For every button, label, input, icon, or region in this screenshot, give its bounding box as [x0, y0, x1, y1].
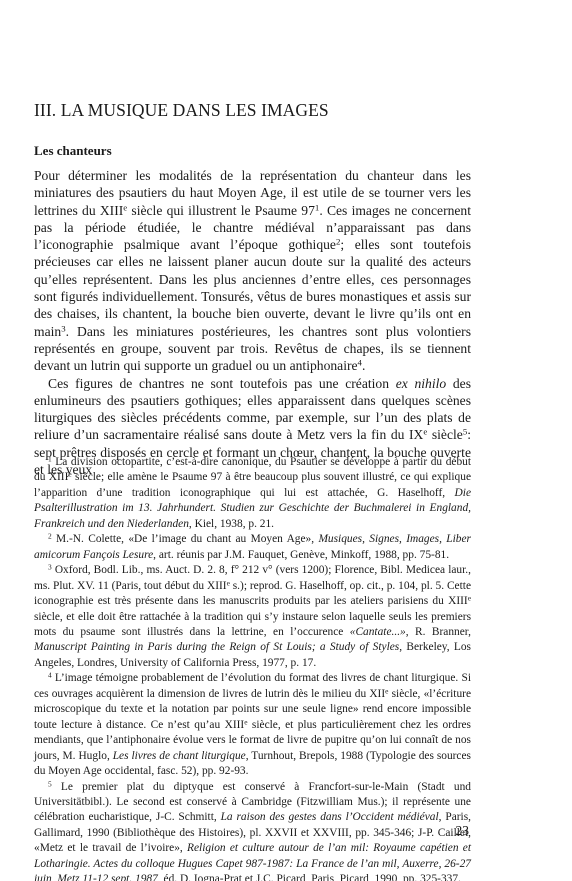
italic-text: Musiques, Signes, Images, Liber amicorum… — [34, 533, 471, 560]
superscript: e — [244, 717, 247, 726]
footnote-number: 1 — [48, 454, 52, 463]
superscript: e — [68, 470, 71, 479]
footnote-4: 4 L’image témoigne probablement de l’évo… — [34, 671, 471, 779]
footnote-number: 5 — [48, 779, 52, 788]
italic-text: Religion et culture autour de l’an mil: … — [34, 842, 471, 881]
italic-text: La raison des gestes dans l’Occident méd… — [221, 811, 439, 823]
superscript: 2 — [336, 237, 340, 247]
superscript: 5 — [463, 427, 467, 437]
footnote-number: 4 — [48, 671, 52, 680]
section-title: Les chanteurs — [34, 143, 112, 159]
superscript: e — [227, 578, 230, 587]
italic-text: «Cantate...» — [350, 626, 406, 638]
footnotes: 1 La division octopartite, c’est-à-dire … — [34, 455, 471, 881]
superscript: 1 — [315, 202, 319, 212]
footnote-2: 2 M.-N. Colette, «De l’image du chant au… — [34, 532, 471, 563]
footnote-3: 3 Oxford, Bodl. Lib., ms. Auct. D. 2. 8,… — [34, 563, 471, 671]
italic-text: Die Psalterillustration im 13. Jahrhunde… — [34, 487, 471, 530]
superscript: 4 — [358, 358, 362, 368]
italic-text: Manuscript Painting in Paris during the … — [34, 641, 399, 653]
footnote-number: 2 — [48, 532, 52, 541]
italic-text: Les livres de chant liturgique — [113, 750, 246, 762]
superscript: 3 — [61, 323, 65, 333]
superscript: e — [423, 427, 427, 437]
superscript: e — [468, 593, 471, 602]
chapter-title: III. LA MUSIQUE DANS LES IMAGES — [34, 100, 329, 121]
superscript: e — [123, 202, 127, 212]
italic-text: ex nihilo — [396, 376, 446, 391]
footnote-number: 3 — [48, 562, 52, 571]
footnote-5: 5 Le premier plat du diptyque est conser… — [34, 780, 471, 881]
footnote-1: 1 La division octopartite, c’est-à-dire … — [34, 455, 471, 532]
paragraph: Pour déterminer les modalités de la repr… — [34, 167, 471, 375]
superscript: e — [385, 686, 388, 695]
page-number: 23 — [456, 823, 470, 839]
body-text: Pour déterminer les modalités de la repr… — [34, 167, 471, 478]
